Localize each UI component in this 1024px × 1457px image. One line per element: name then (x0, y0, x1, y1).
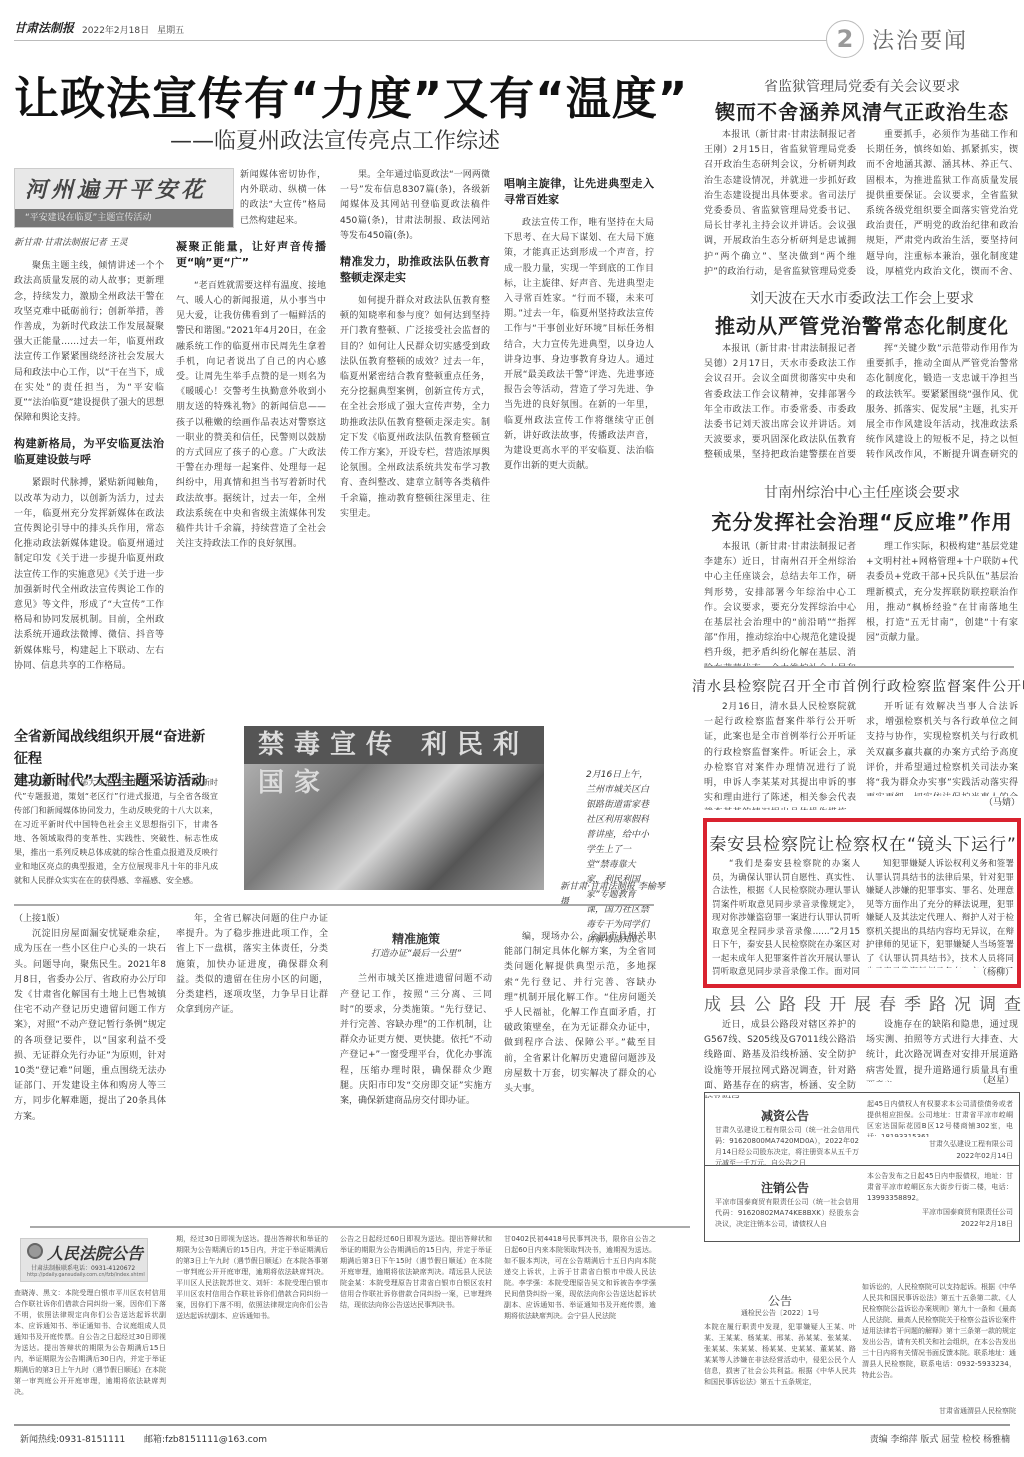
lead-col3-top: 果。全年通过临夏政法“一网两微一号”发布信息8307篇(条)，各级新闻媒体及其网… (340, 168, 490, 244)
masthead: 甘肃法制报 2022年2月18日 星期五 (14, 14, 184, 36)
news-brief-body: （上接1版）推出“伟大变革”系列报道，开展“我们的新时代”专题报道，策划“老区行… (14, 776, 218, 894)
article-3-col-1: 本报讯（新甘肃·甘肃法制报记者 李建东）近日，甘南州召开全州综治中心主任座谈会，… (704, 540, 856, 666)
article-4-text-2: 开听证有效解决当事人合法诉求，增强检察机关与各行政单位之间支持与协作，实现检察机… (866, 700, 1018, 796)
article-2-title: 推动从严管党治警常态化制度化 (704, 310, 1020, 339)
article-4-title: 清水县检察院召开全市首例行政检察监督案件公开听证会 (692, 676, 1022, 696)
lead-subhead-4: 唱响主旋律，让先进典型走入寻常百姓家 (504, 176, 654, 208)
issue-weekday: 星期五 (157, 23, 184, 36)
article-1-kicker: 省监狱管理局党委有关会议要求 (704, 76, 1020, 96)
notice-2-text-2: 本公告发布之日起45日内申报债权，地址：甘肃省平凉市崆峒区东大街步行街二楼，电话… (867, 1171, 1013, 1205)
continued-column-3: 精准施策 打造办证“最后一公里” 兰州市城关区推进遗留问题不动产登记工作，按照“… (340, 912, 492, 1218)
paper-logo: 甘肃法制报 (14, 19, 74, 36)
lead-column-1: 新甘肃·甘肃法制报记者 王灵 聚焦主题主线，倾情讲述一个个政法高质量发展的动人故… (14, 236, 164, 702)
lead-column-3: 果。全年通过临夏政法“一网两微一号”发布信息8307篇(条)，各级新闻媒体及其网… (340, 168, 490, 702)
article-1-col-1: 本报讯（新甘肃·甘肃法制报记者 王刚）2月15日，省监狱管理局党委召开政治生态研… (704, 128, 856, 278)
footer-credits: 责编 李绵萍 版式 屈莹 检校 杨雅楠 (870, 1432, 1010, 1445)
article-5-title: 秦安县检察院让检察权在“镜头下运行” (708, 830, 1018, 855)
article-3-col-2: 理工作实际，积极构建“基层党建+文明村社+网格管理+十户联防+代表委员+党政干部… (866, 540, 1018, 666)
notice-2-date: 2022年2月18日 (867, 1219, 1013, 1230)
divider (14, 904, 654, 906)
continued-label: （上接1版） (14, 912, 166, 927)
notice-2-text-1: 平凉市国泰商贸有限责任公司（统一社会信用代码：91620802MA74KE8BX… (715, 1197, 859, 1239)
news-photo: 禁毒宣传 利民利国家 (244, 726, 544, 890)
article-3-text-2: 理工作实际，积极构建“基层党建+文明村社+网格管理+十户联防+代表委员+党政干部… (866, 540, 1018, 646)
article-3-title: 充分发挥社会治理“反应堆”作用 (704, 506, 1020, 535)
article-4-author: （马婧） (960, 796, 1020, 810)
lead-column-2: 新闻媒体密切协作，内外联动、纵横一体的政法“大宣传”格局已然构建起来。 凝聚正能… (176, 168, 326, 702)
article-3-text-1: 本报讯（新甘肃·甘肃法制报记者 李建东）近日，甘南州召开全州综治中心主任座谈会，… (704, 540, 856, 666)
lead-headline: 让政法宣传有“力度”又有“温度” (14, 62, 688, 127)
article-5-author: （杨柳） (960, 966, 1014, 980)
article-5-text-1: “我们是秦安县检察院的办案人员，为确保认罪认罚自愿性、真实性、合法性，根据《人民… (712, 858, 860, 980)
article-4-col-1: 2月16日，清水县人民检察院就一起行政检察监督案件举行公开听证，此案也是全市首例… (704, 700, 856, 810)
notice-box: 减资公告 甘肃久弘建设工程有限公司（统一社会信用代码：91620800MA742… (704, 1092, 1020, 1242)
court-notice-col-2: 期，经过30日即视为送达。提出答辩状和举证的期限为公告期满后的15日内，并定于举… (176, 1234, 328, 1418)
lead-subhead-1: 构建新格局，为平安临夏法治临夏建设鼓与呼 (14, 436, 164, 468)
lead-byline: 新甘肃·甘肃法制报记者 王灵 (14, 236, 164, 251)
court-notice-contact: 甘肃法制报联系电话：0931-4120672 (31, 1263, 135, 1272)
article-6-col-1: 近日，成县公路段对辖区养护的G567线、S205线及G7011线公路沿线路面、路… (704, 1018, 856, 1098)
article-2-text-1: 本报讯（新甘肃·甘肃法制报记者 吴德）2月17日，天水市委政法工作会议召开。会议… (704, 342, 856, 464)
court-emblem-icon (27, 1243, 43, 1259)
notice-1-title: 减资公告 (711, 1107, 859, 1124)
article-4-text-1: 2月16日，清水县人民检察院就一起行政检察监督案件举行公开听证，此案也是全市首例… (704, 700, 856, 810)
lead-column-4: 唱响主旋律，让先进典型走入寻常百姓家 政法宣传工作，唯有坚持在大局下思考、在大局… (504, 168, 654, 702)
notice-1-signer: 甘肃久弘建设工程有限公司 (887, 1139, 1013, 1150)
continued-column-2: 年，全省已解决问题的住户办证率提升。为了稳步推进此项工作，全省上下一盘棋，落实主… (176, 912, 328, 1218)
lead-subhead-2: 凝聚正能量，让好声音传播更“响”更“广” (176, 239, 326, 271)
lead-body-3: 如何提升群众对政法队伍教育整顿的知晓率和参与度？如何达到坚持开门教育整顿、广泛接… (340, 294, 490, 522)
notice-3-text-1: 本院在履行职责中发现，犯罪嫌疑人王某、叶某、王某某、杨某某、邢某、孙某某、张某某… (704, 1322, 856, 1418)
lead-subheadline: ——临夏州政法宣传亮点工作综述 (170, 124, 500, 155)
article-1-col-2: 重要抓手，必须作为基础工作和长期任务，慎终如始、抓紧抓实，锲而不舍地涵其源、涵其… (866, 128, 1018, 278)
article-6-title: 成县公路段开展春季路况调查 (704, 990, 1020, 1015)
news-brief-title-line-1: 全省新闻战线组织开展“奋进新征程 (14, 726, 214, 770)
continued-text-4: 编，现场办公，会同市县相关职能部门制定具体化解方案，为全省同类问题化解提供典型示… (504, 930, 656, 1097)
footer-rule (14, 1424, 1010, 1426)
article-6-text-2: 设施存在的缺陷和隐患，通过现场实测、拍照等方式进行大排查、大统计，此次路况调查对… (866, 1018, 1018, 1082)
photo-sign: 禁毒宣传 利民利国家 (244, 726, 544, 764)
article-6-author: （赵星） (960, 1074, 1014, 1088)
article-5-col-2: 知犯罪嫌疑人诉讼权利义务和签署认罪认罚具结书的法律后果，针对犯罪嫌疑人涉嫌的犯罪… (866, 858, 1014, 968)
continued-text-3: 兰州市城关区推进遗留问题不动产登记工作，按照“三分离、三同时”的要求，分类施策。… (340, 972, 492, 1109)
continued-subhead-sub: 打造办证“最后一公里” (340, 947, 492, 962)
court-notice-col-1: 查晓涛、黑文：本院受理白银市平川区农村信用合作联社诉你们借款合同纠纷一案，因你们… (14, 1288, 166, 1418)
lead-col2-top: 新闻媒体密切协作，内外联动、纵横一体的政法“大宣传”格局已然构建起来。 (240, 168, 326, 229)
court-notice-url: http://pdaily.gansudaily.com.cn/fzb/inde… (27, 1272, 145, 1278)
lead-body-1: 紧跟时代脉搏，紧贴新闻触角，以改革为动力，以创新为活力，过去一年，临夏州充分发挥… (14, 476, 164, 674)
lead-intro: 聚焦主题主线，倾情讲述一个个政法高质量发展的动人故事；更新理念，持续发力，激励全… (14, 259, 164, 426)
notice-1-date: 2022年02月14日 (887, 1151, 1013, 1162)
footer-hotline: 新闻热线:0931-8151111 (20, 1432, 125, 1445)
court-notice-col-4: 甘0402民初4418号民事判决书，限你自公告之日起60日内来本院领取判决书，逾… (504, 1234, 656, 1418)
article-6-text-1: 近日，成县公路段对辖区养护的G567线、S205线及G7011线公路沿线路面、路… (704, 1018, 856, 1098)
article-2-kicker: 刘天波在天水市委政法工作会上要求 (704, 288, 1020, 308)
notice-1-text-2: 起45日内债权人有权要求本公司清偿债务或者提供相应担保。公司地址：甘肃省平凉市崆… (867, 1099, 1013, 1137)
header-rule (14, 40, 834, 41)
section-title: 法治要闻 (872, 24, 968, 55)
article-3-kicker: 甘南州综治中心主任座谈会要求 (704, 482, 1020, 502)
footer-email: 邮箱:fzb8151111@163.com (144, 1432, 267, 1445)
article-4-col-2: 开听证有效解决当事人合法诉求，增强检察机关与各行政单位之间支持与协作，实现检察机… (866, 700, 1018, 796)
divider (30, 1226, 690, 1228)
court-notice-banner: 人民法院公告 甘肃法制报联系电话：0931-4120672 http://pda… (20, 1238, 148, 1282)
article-2-text-2: 挥“关键少数”示范带动作用作为重要抓手，推动全面从严管党治警常态化制度化，锻造一… (866, 342, 1018, 464)
article-1-text-1: 本报讯（新甘肃·甘肃法制报记者 王刚）2月15日，省监狱管理局党委召开政治生态研… (704, 128, 856, 278)
notice-2-title: 注销公告 (711, 1179, 859, 1196)
continued-subhead: 精准施策 (340, 932, 492, 947)
notice-2-signer: 平凉市国泰商贸有限责任公司 (867, 1207, 1013, 1218)
article-6-col-2: 设施存在的缺陷和隐患，通过现场实测、拍照等方式进行大排查、大统计，此次路况调查对… (866, 1018, 1018, 1082)
lead-body-4: 政法宣传工作，唯有坚持在大局下思考、在大局下谋划、在大局下施策，才能真正达到形成… (504, 216, 654, 474)
article-2-col-2: 挥“关键少数”示范带动作用作为重要抓手，推动全面从严管党治警常态化制度化，锻造一… (866, 342, 1018, 464)
article-5-col-1: “我们是秦安县检察院的办案人员，为确保认罪认罚自愿性、真实性、合法性，根据《人民… (712, 858, 860, 980)
notice-3-text-2: 如诉讼的，人民检察院可以支持起诉。根据《中华人民共和国民事诉讼法》第五十五条第二… (862, 1282, 1016, 1404)
notice-divider (705, 1165, 1019, 1166)
notice-3-number: 通检民公告〔2022〕1号 (704, 1308, 856, 1319)
lead-subhead-3: 精准发力，助推政法队伍教育整顿走深走实 (340, 254, 490, 286)
court-notice-title: 人民法院公告 (47, 1241, 143, 1264)
page-number-badge: 2 (826, 20, 864, 58)
issue-date: 2022年2月18日 (82, 23, 149, 36)
continued-text-1: 沉淀旧房屋面漏安忧疑难杂症，成为压在一些小区住户心头的一块石头。问题导向，聚焦民… (14, 927, 166, 1125)
lead-body-2: “老百姓就需要这样有温度、接地气、暖人心的新闻报道，从小事当中见大爱，让我仿佛看… (176, 279, 326, 553)
article-5-text-2: 知犯罪嫌疑人诉讼权利义务和签署认罪认罚具结书的法律后果，针对犯罪嫌疑人涉嫌的犯罪… (866, 858, 1014, 968)
notice-3-title: 公告 (704, 1292, 856, 1309)
notice-3-signer: 甘肃省通渭县人民检察院 (862, 1406, 1016, 1417)
photo-caption: 2月16日上午，兰州市城关区白银路街道雷家巷社区利用寒假科普讲座，给中小学生上了… (586, 768, 652, 878)
continued-text-2: 年，全省已解决问题的住户办证率提升。为了稳步推进此项工作，全省上下一盘棋，落实主… (176, 912, 328, 1018)
continued-column-1: （上接1版） 沉淀旧房屋面漏安忧疑难杂症，成为压在一些小区住户心头的一块石头。问… (14, 912, 166, 1218)
divider (704, 666, 1014, 668)
notice-1-text-1: 甘肃久弘建设工程有限公司（统一社会信用代码：91620800MA7420MD0A… (715, 1125, 859, 1165)
article-2-col-1: 本报讯（新甘肃·甘肃法制报记者 吴德）2月17日，天水市委政法工作会议召开。会议… (704, 342, 856, 464)
article-1-text-2: 重要抓手，必须作为基础工作和长期任务，慎终如始、抓紧抓实，锲而不舍地涵其源、涵其… (866, 128, 1018, 278)
court-notice-col-3: 公告之日起经过60日即视为送达。提出答辩状和举证的期限为公告期满后的15日内，并… (340, 1234, 492, 1418)
article-1-title: 锲而不舍涵养风清气正政治生态 (704, 96, 1020, 125)
continued-column-4: 编，现场办公，会同市县相关职能部门制定具体化解方案，为全省同类问题化解提供典型示… (504, 930, 656, 1218)
